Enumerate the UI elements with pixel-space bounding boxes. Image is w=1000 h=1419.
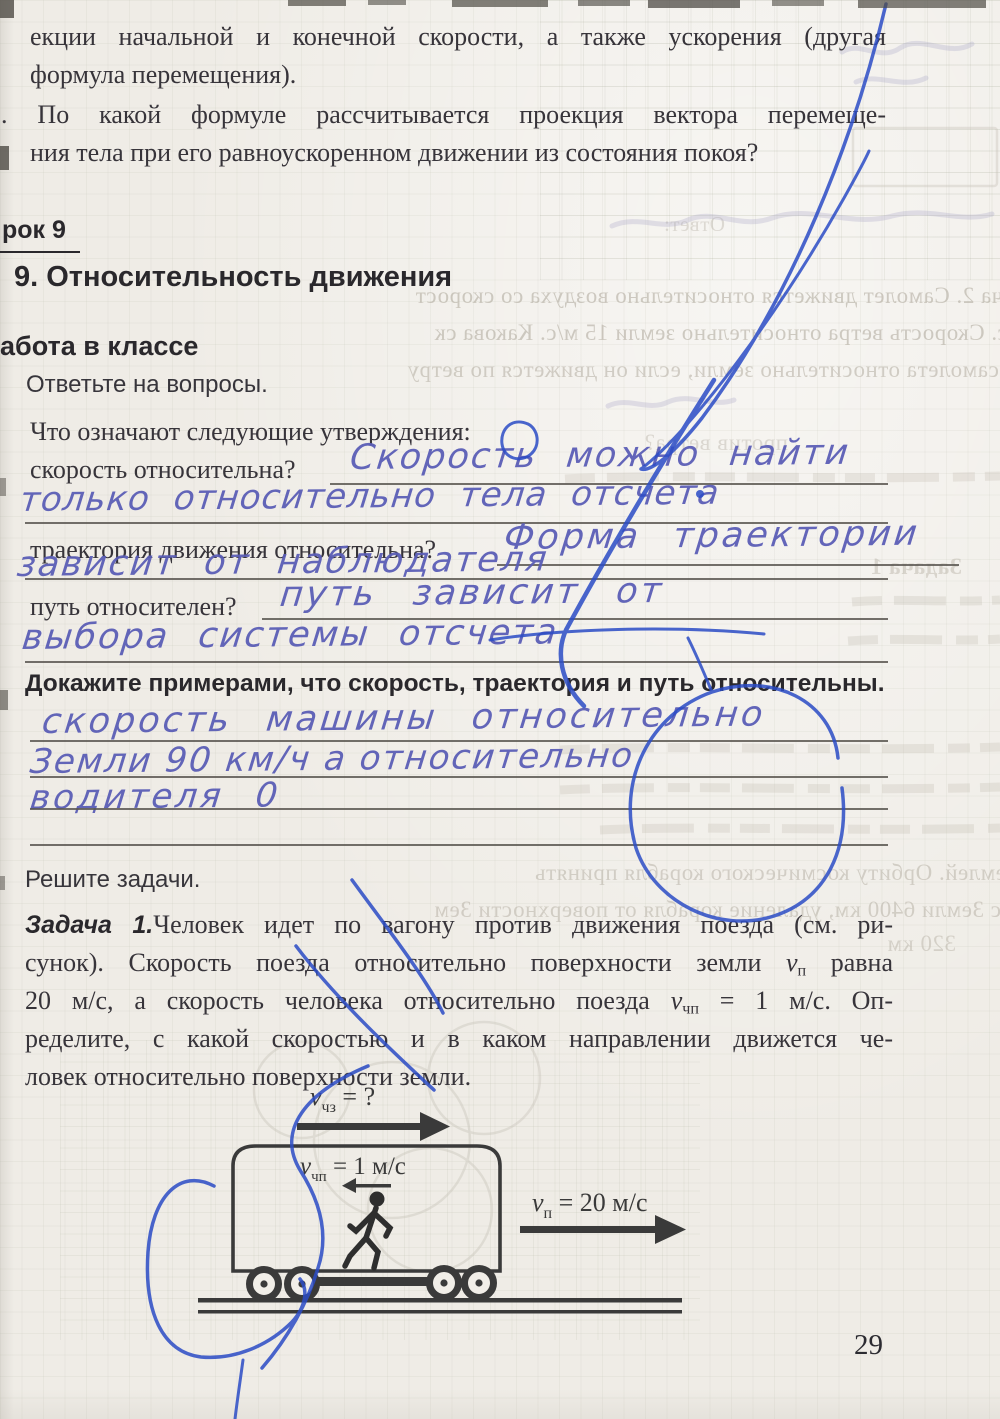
scan-artifact [578, 0, 630, 6]
scan-artifact [0, 478, 6, 496]
pen-scribbles [0, 0, 1000, 1419]
scan-artifact [0, 0, 14, 18]
scan-artifact [0, 690, 8, 710]
scan-artifact [858, 0, 986, 8]
scan-artifact [0, 876, 5, 890]
workbook-page: Задача 2. Самолет движется относительно … [0, 0, 1000, 1419]
scan-artifact [452, 0, 548, 7]
scan-artifact [368, 0, 406, 5]
scan-artifact [0, 146, 9, 170]
scan-artifact [288, 0, 346, 6]
scan-artifact [772, 0, 824, 6]
scan-artifact [648, 0, 740, 8]
page-number: 29 [854, 1326, 883, 1364]
